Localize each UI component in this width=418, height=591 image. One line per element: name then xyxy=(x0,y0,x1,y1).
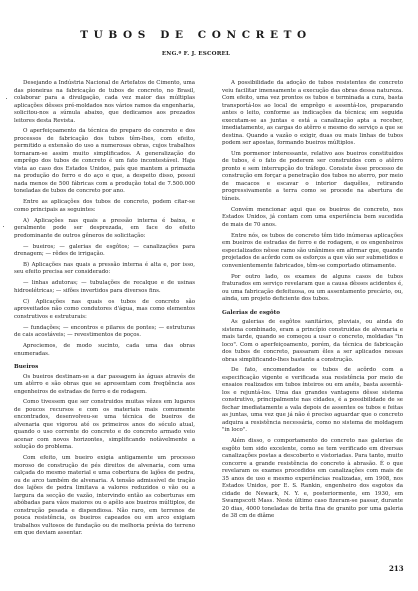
page-number: 213 xyxy=(389,564,404,573)
section-heading-galerias: Galerias de esgôto xyxy=(222,310,403,318)
section-heading-bueiros: Bueiros xyxy=(14,364,195,372)
paragraph: Os bueiros destinam-se a dar passagem às… xyxy=(14,374,195,397)
article-title: TUBOS DE CONCRETO xyxy=(0,29,392,41)
paragraph: Desejando a Indústria Nacional de Artefa… xyxy=(14,80,195,125)
paragraph: A) Aplicações nas quais a pressão intern… xyxy=(14,218,195,241)
paragraph: Apreciemos, de modo sucinto, cada uma da… xyxy=(14,343,195,358)
right-column: A possibilidade da adoção de tubos resis… xyxy=(222,80,403,524)
paragraph: — fundações; — encontros e pilares de po… xyxy=(14,325,195,340)
paragraph: B) Aplicações nas quais a pressão intern… xyxy=(14,262,195,277)
paragraph: Com efeito, um bueiro exigia antigamente… xyxy=(14,455,195,538)
paragraph: Por outro lado, os exames de alguns caso… xyxy=(222,274,403,304)
paragraph: O aperfeiçoamento da técnica do preparo … xyxy=(14,128,195,196)
paragraph: C) Aplicações nas quais os tubos de conc… xyxy=(14,299,195,322)
paragraph: Convém mencionar aqui que os bueiros de … xyxy=(222,207,403,230)
scan-speck xyxy=(3,226,4,227)
article-author: ENG.º F. J. ESCOREL xyxy=(0,51,392,57)
journal-page: TUBOS DE CONCRETO ENG.º F. J. ESCOREL De… xyxy=(0,0,418,591)
paragraph: Como tivessem que ser construidos muitas… xyxy=(14,399,195,452)
left-column: Desejando a Indústria Nacional de Artefa… xyxy=(14,80,195,541)
paragraph: As galerias de esgôtos sanitários, pluvi… xyxy=(222,319,403,364)
paragraph: — bueiros; — galerias de esgôtos; — cana… xyxy=(14,244,195,259)
paragraph: — linhas adutoras; — tubulações de recal… xyxy=(14,280,195,295)
paragraph: Entre as aplicações dos tubos de concret… xyxy=(14,199,195,214)
paragraph: Entre nós, os tubos de concreto têm tido… xyxy=(222,233,403,271)
paragraph: Um pormenor interessante, relativo aos b… xyxy=(222,151,403,204)
scan-speck xyxy=(6,98,7,99)
paragraph: A possibilidade da adoção de tubos resis… xyxy=(222,80,403,148)
paragraph: Além disso, o comportamento do concreto … xyxy=(222,438,403,521)
paragraph: De fato, encomendados os tubos de acôrdo… xyxy=(222,367,403,435)
